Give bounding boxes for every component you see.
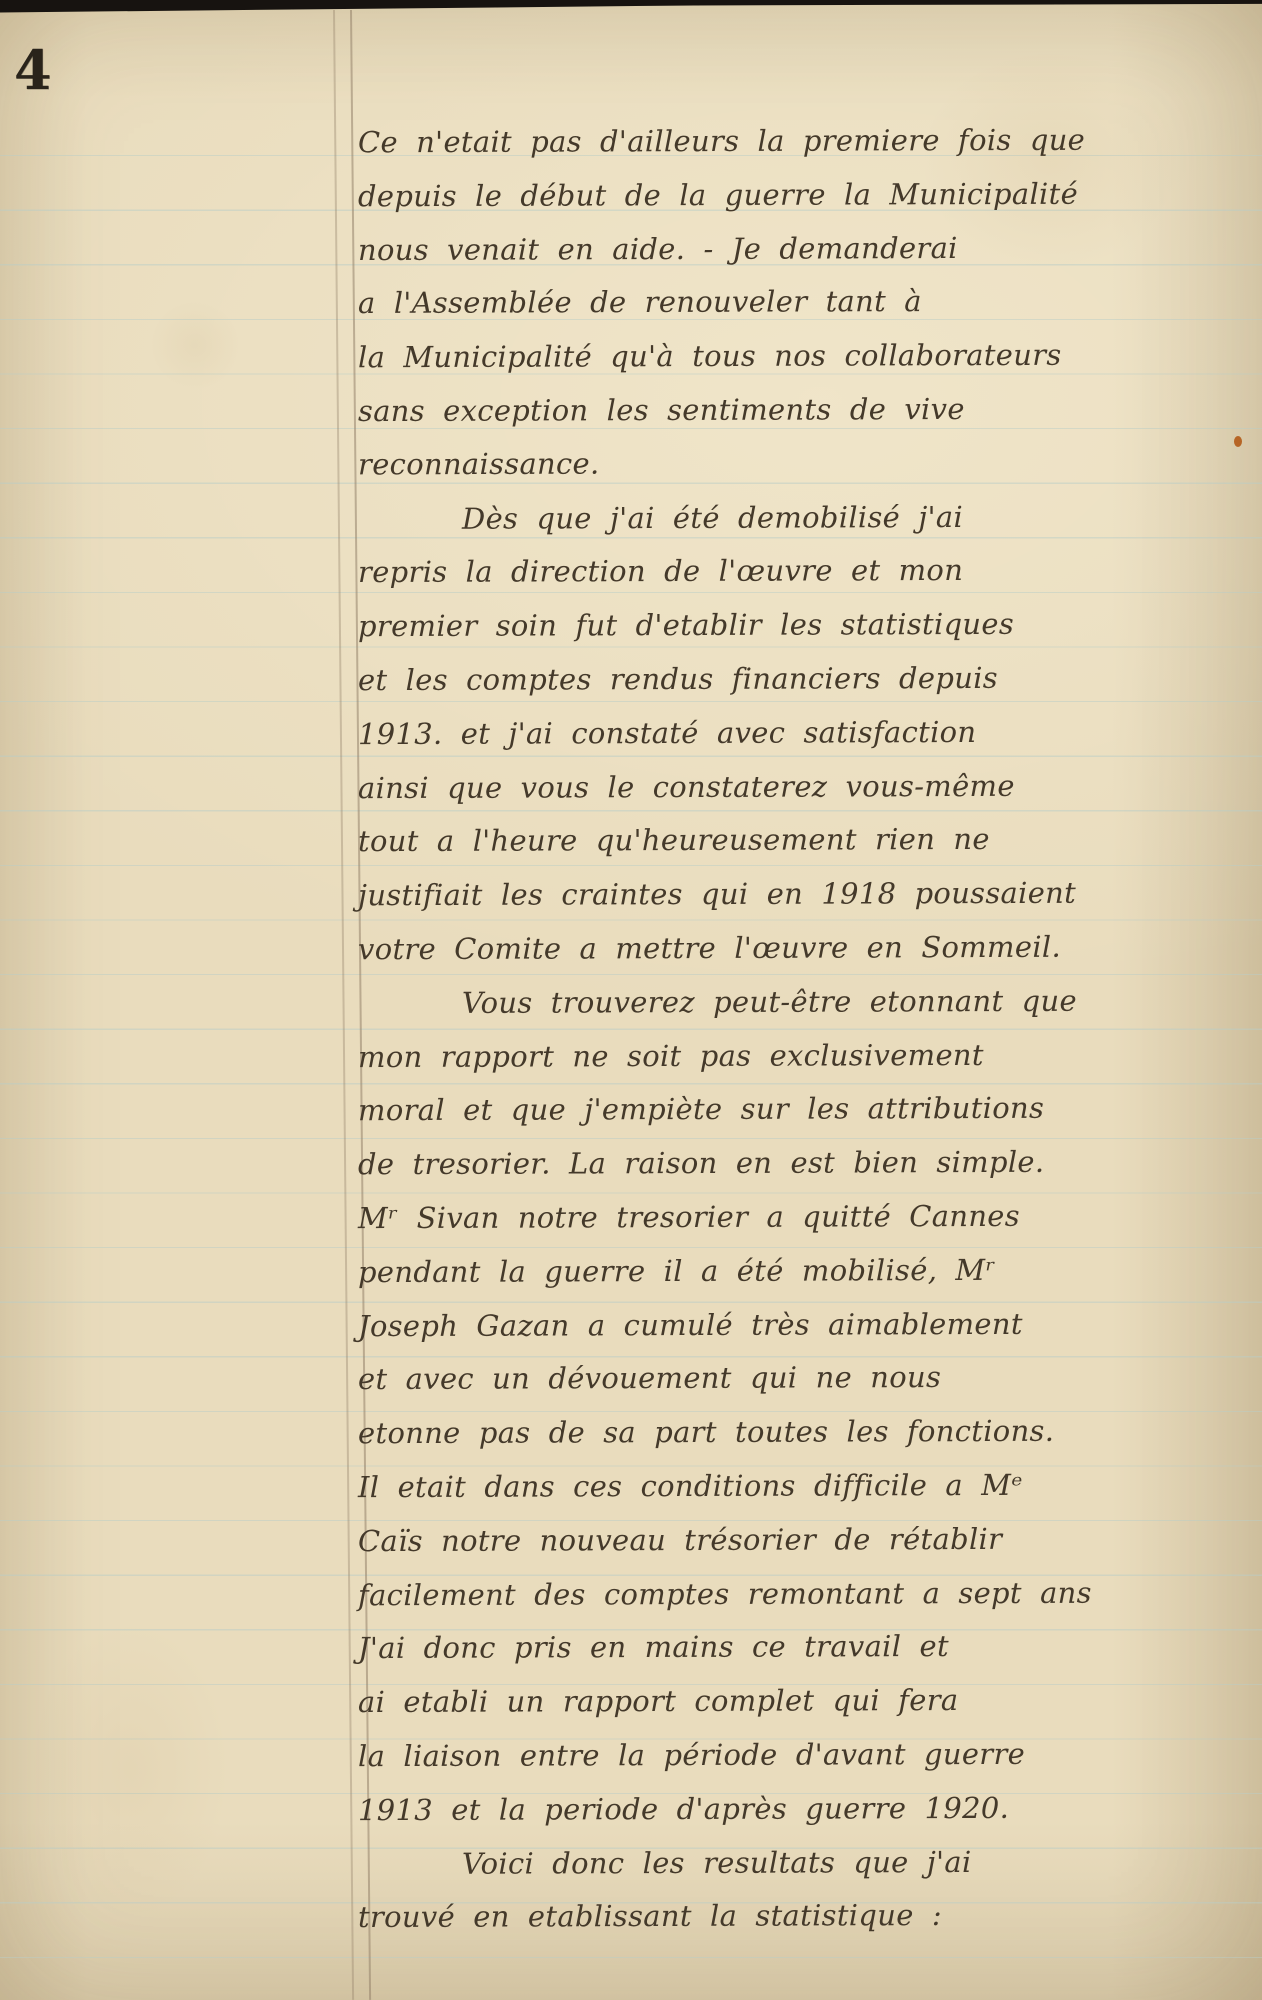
manuscript-line: votre Comite a mettre l'œuvre en Sommeil…: [358, 930, 1061, 966]
manuscript-line: de tresorier. La raison en est bien simp…: [358, 1145, 1044, 1181]
manuscript-page: 4 Ce n'etait pas d'ailleurs la premiere …: [0, 0, 1262, 2000]
manuscript-line: facilement des comptes remontant a sept …: [358, 1575, 1092, 1612]
manuscript-line: etonne pas de sa part toutes les fonctio…: [358, 1414, 1054, 1450]
manuscript-line: nous venait en aide. - Je demanderai: [358, 231, 958, 267]
manuscript-line: et avec un dévouement qui ne nous: [358, 1360, 941, 1396]
manuscript-line: reconnaissance.: [358, 446, 600, 481]
manuscript-line: tout a l'heure qu'heureusement rien ne: [358, 822, 990, 858]
manuscript-line: Dès que j'ai été demobilisé j'ai: [358, 500, 963, 536]
manuscript-line: 1913 et la periode d'après guerre 1920.: [358, 1791, 1009, 1827]
manuscript-line: Mʳ Sivan notre tresorier a quitté Cannes: [358, 1199, 1020, 1235]
manuscript-text: Ce n'etait pas d'ailleurs la premiere fo…: [352, 0, 1262, 2000]
ink-spot: [1234, 436, 1242, 447]
manuscript-line: Vous trouverez peut-être etonnant que: [358, 984, 1077, 1021]
manuscript-line: Ce n'etait pas d'ailleurs la premiere fo…: [358, 123, 1085, 160]
manuscript-line: J'ai donc pris en mains ce travail et: [358, 1629, 949, 1665]
manuscript-line: repris la direction de l'œuvre et mon: [358, 553, 963, 589]
manuscript-line: ai etabli un rapport complet qui fera: [358, 1683, 959, 1719]
manuscript-line: premier soin fut d'etablir les statistiq…: [358, 607, 1014, 643]
manuscript-line: Voici donc les resultats que j'ai: [358, 1845, 972, 1881]
manuscript-line: la liaison entre la période d'avant guer…: [358, 1737, 1025, 1773]
manuscript-line: mon rapport ne soit pas exclusivement: [358, 1038, 984, 1074]
manuscript-line: justifiait les craintes qui en 1918 pous…: [358, 876, 1076, 913]
manuscript-line: moral et que j'empiète sur les attributi…: [358, 1091, 1044, 1127]
manuscript-line: Il etait dans ces conditions difficile a…: [358, 1468, 1023, 1504]
page-number: 4: [14, 38, 52, 102]
manuscript-line: depuis le début de la guerre la Municipa…: [358, 177, 1078, 214]
manuscript-line: la Municipalité qu'à tous nos collaborat…: [358, 338, 1062, 374]
manuscript-line: Joseph Gazan a cumulé très aimablement: [358, 1306, 1023, 1342]
manuscript-line: pendant la guerre il a été mobilisé, Mʳ: [358, 1253, 996, 1289]
manuscript-line: et les comptes rendus financiers depuis: [358, 661, 998, 697]
manuscript-line: ainsi que vous le constaterez vous-même: [358, 768, 1015, 804]
manuscript-line: a l'Assemblée de renouveler tant à: [358, 284, 922, 320]
manuscript-line: trouvé en etablissant la statistique :: [358, 1898, 942, 1934]
manuscript-line: Caïs notre nouveau trésorier de rétablir: [358, 1522, 1002, 1558]
manuscript-line: 1913. et j'ai constaté avec satisfaction: [358, 715, 976, 751]
manuscript-line: sans exception les sentiments de vive: [358, 392, 965, 428]
